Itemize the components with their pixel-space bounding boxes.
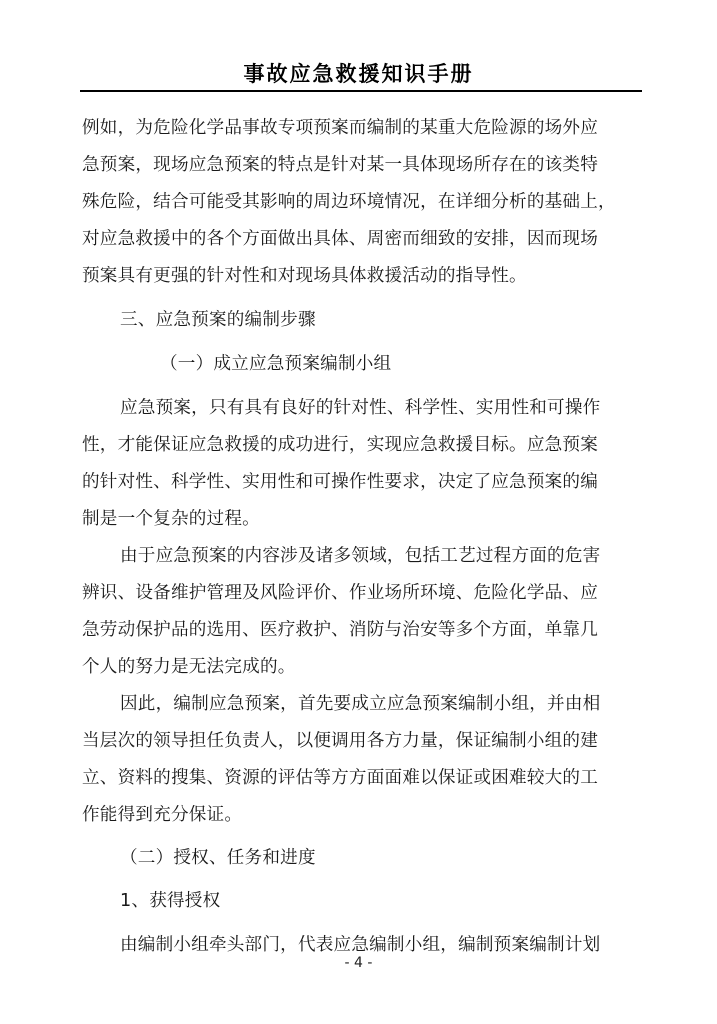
paragraph-line: 性，才能保证应急救援的成功进行，实现应急救援目标。应急预案 [82, 433, 642, 457]
paragraph-line: 的针对性、科学性、实用性和可操作性要求，决定了应急预案的编 [82, 470, 642, 494]
paragraph-line: 殊危险，结合可能受其影响的周边环境情况，在详细分析的基础上， [82, 190, 642, 214]
paragraph-line: 例如，为危险化学品事故专项预案而编制的某重大危险源的场外应 [82, 116, 642, 140]
paragraph-line: 预案具有更强的针对性和对现场具体救援活动的指导性。 [82, 264, 642, 288]
header-title: 事故应急救援知识手册 [0, 58, 717, 88]
section-heading: 三、应急预案的编制步骤 [120, 308, 680, 332]
paragraph-line: 当层次的领导担任负责人，以便调用各方力量，保证编制小组的建 [82, 729, 642, 753]
paragraph-line: 急劳动保护品的选用、医疗救护、消防与治安等多个方面，单靠几 [82, 618, 642, 642]
paragraph-line: 由编制小组牵头部门，代表应急编制小组，编制预案编制计划 [120, 933, 680, 957]
header-rule [80, 90, 642, 92]
paragraph-line: 由于应急预案的内容涉及诸多领域，包括工艺过程方面的危害 [120, 544, 680, 568]
paragraph-line: 制是一个复杂的过程。 [82, 507, 642, 531]
paragraph-line: 作能得到充分保证。 [82, 803, 642, 827]
paragraph-line: 对应急救援中的各个方面做出具体、周密而细致的安排，因而现场 [82, 227, 642, 251]
item-heading: 1、获得授权 [120, 889, 680, 913]
subsection-heading: （二）授权、任务和进度 [120, 846, 680, 870]
paragraph-line: 应急预案，只有具有良好的针对性、科学性、实用性和可操作 [120, 396, 680, 420]
paragraph-line: 立、资料的搜集、资源的评估等方方面面难以保证或困难较大的工 [82, 766, 642, 790]
paragraph-line: 个人的努力是无法完成的。 [82, 655, 642, 679]
page-number: - 4 - [0, 955, 717, 971]
paragraph-line: 辨识、设备维护管理及风险评价、作业场所环境、危险化学品、应 [82, 581, 642, 605]
subsection-heading: （一）成立应急预案编制小组 [160, 352, 717, 376]
paragraph-line: 急预案，现场应急预案的特点是针对某一具体现场所存在的该类特 [82, 153, 642, 177]
paragraph-line: 因此，编制应急预案，首先要成立应急预案编制小组，并由相 [120, 692, 680, 716]
